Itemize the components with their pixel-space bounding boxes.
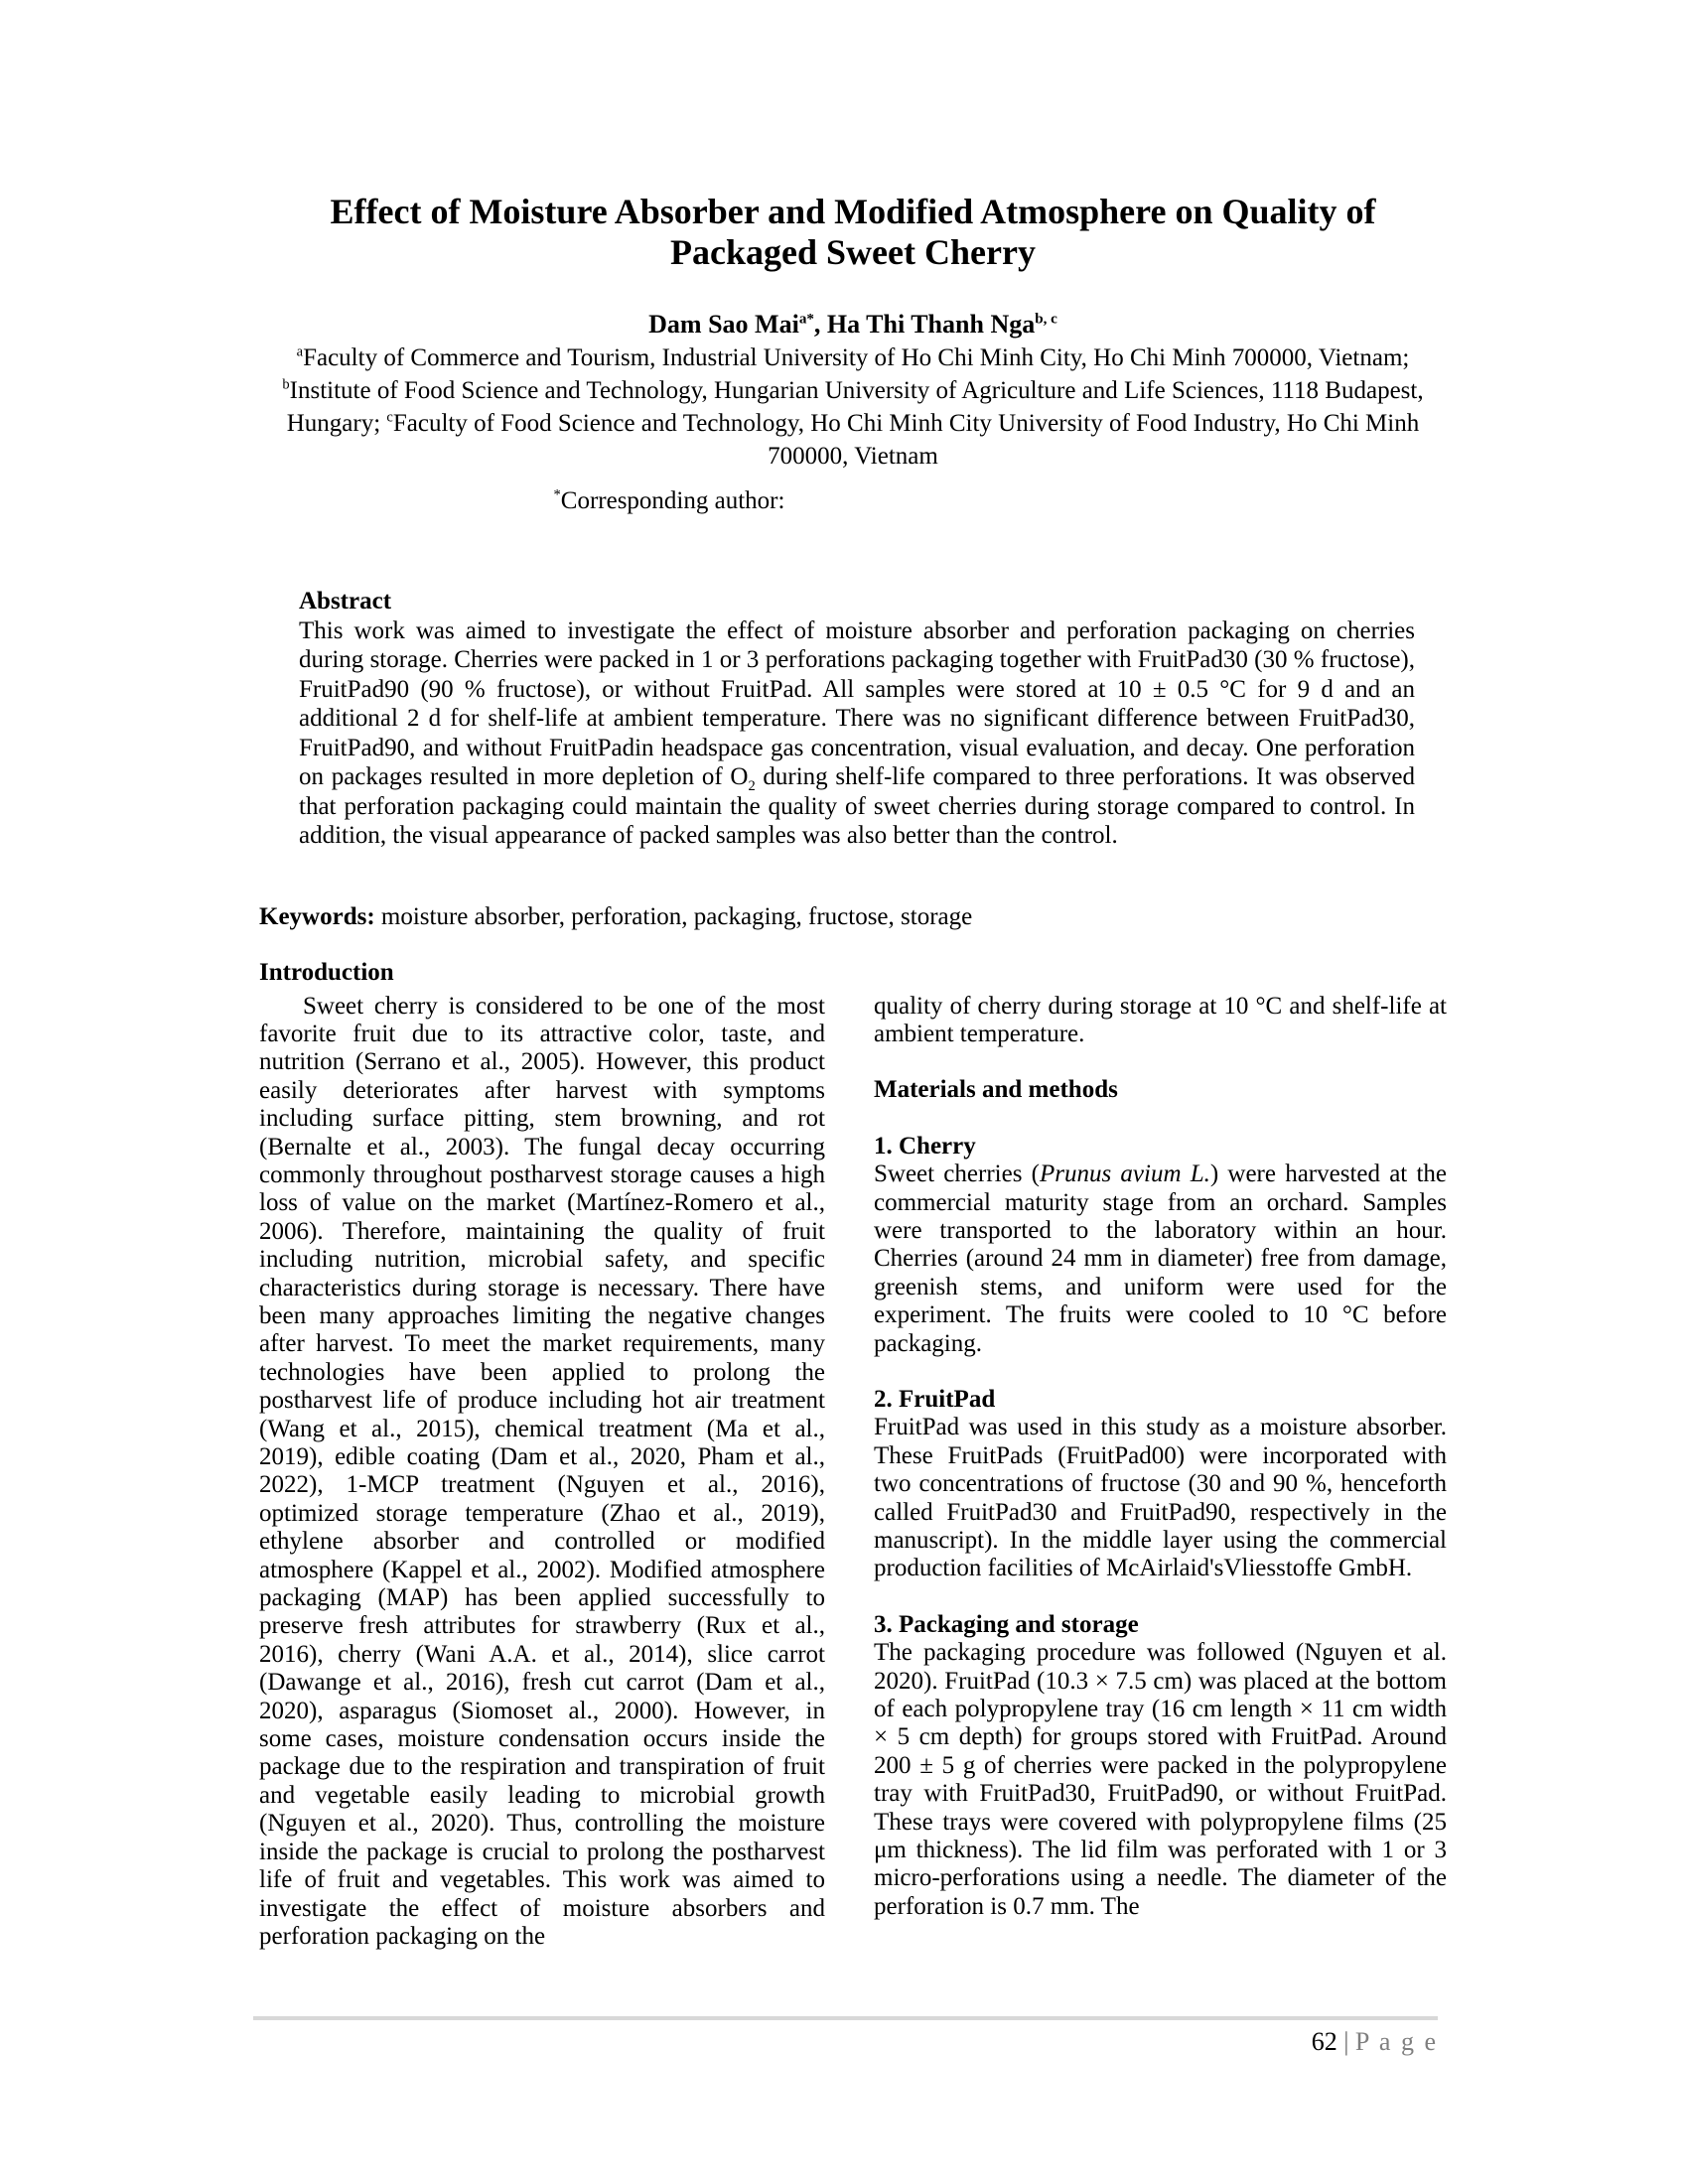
introduction-heading: Introduction [259,958,1447,987]
packaging-section-heading: 3. Packaging and storage [874,1611,1447,1639]
author-1-superscript: a* [799,311,814,327]
paper-title-line2: Packaged Sweet Cherry [259,232,1447,273]
author-2-superscript: b, c [1035,311,1057,327]
cherry-text-part2: ) were harvested at the commercial matur… [874,1160,1447,1356]
authors-line: Dam Sao Maia*, Ha Thi Thanh Ngab, c [259,309,1447,340]
species-name-italic: Prunus avium L. [1040,1160,1210,1187]
corresponding-author-asterisk: * [554,487,561,503]
abstract-section: Abstract This work was aimed to investig… [299,587,1415,851]
cherry-paragraph: Sweet cherries (Prunus avium L.) were ha… [874,1160,1447,1358]
fruitpad-section-heading: 2. FruitPad [874,1386,1447,1414]
two-column-body: Sweet cherry is considered to be one of … [259,993,1447,1952]
affiliation-b-superscript: b [282,377,289,393]
affiliations-block: aFaculty of Commerce and Tourism, Indust… [259,341,1447,473]
author-1: Dam Sao Mai [648,310,799,339]
affiliation-a: Faculty of Commerce and Tourism, Industr… [303,344,1409,371]
keywords-list: moisture absorber, perforation, packagin… [375,903,973,930]
cherry-text-part1: Sweet cherries ( [874,1160,1040,1187]
corresponding-author-label: Corresponding author: [561,487,785,514]
introduction-paragraph: Sweet cherry is considered to be one of … [259,993,825,1952]
paper-title-line1: Effect of Moisture Absorber and Modified… [259,192,1447,232]
introduction-continuation: quality of cherry during storage at 10 °… [874,993,1447,1049]
right-column: quality of cherry during storage at 10 °… [874,993,1447,1952]
cherry-section-heading: 1. Cherry [874,1133,1447,1160]
page-footer: 62 | P a g e [1312,2027,1438,2057]
packaging-paragraph: The packaging procedure was followed (Ng… [874,1639,1447,1921]
footer-separator: | [1337,2027,1355,2056]
page-number: 62 [1312,2027,1337,2056]
document-page: Effect of Moisture Absorber and Modified… [0,0,1688,2184]
page-content: Effect of Moisture Absorber and Modified… [259,0,1447,1951]
abstract-heading: Abstract [299,587,1415,616]
affiliation-c: Faculty of Food Science and Technology, … [393,410,1419,470]
fruitpad-paragraph: FruitPad was used in this study as a moi… [874,1414,1447,1582]
footer-divider-rule [253,2016,1438,2020]
page-label: P a g e [1355,2027,1438,2056]
author-2: , Ha Thi Thanh Nga [814,310,1035,339]
keywords-label: Keywords: [259,903,375,930]
keywords-line: Keywords: moisture absorber, perforation… [259,902,1447,931]
paper-title: Effect of Moisture Absorber and Modified… [259,192,1447,273]
corresponding-author-line: *Corresponding author: [75,486,1263,515]
materials-methods-heading: Materials and methods [874,1076,1447,1104]
left-column: Sweet cherry is considered to be one of … [259,993,825,1952]
abstract-paragraph: This work was aimed to investigate the e… [299,616,1415,851]
